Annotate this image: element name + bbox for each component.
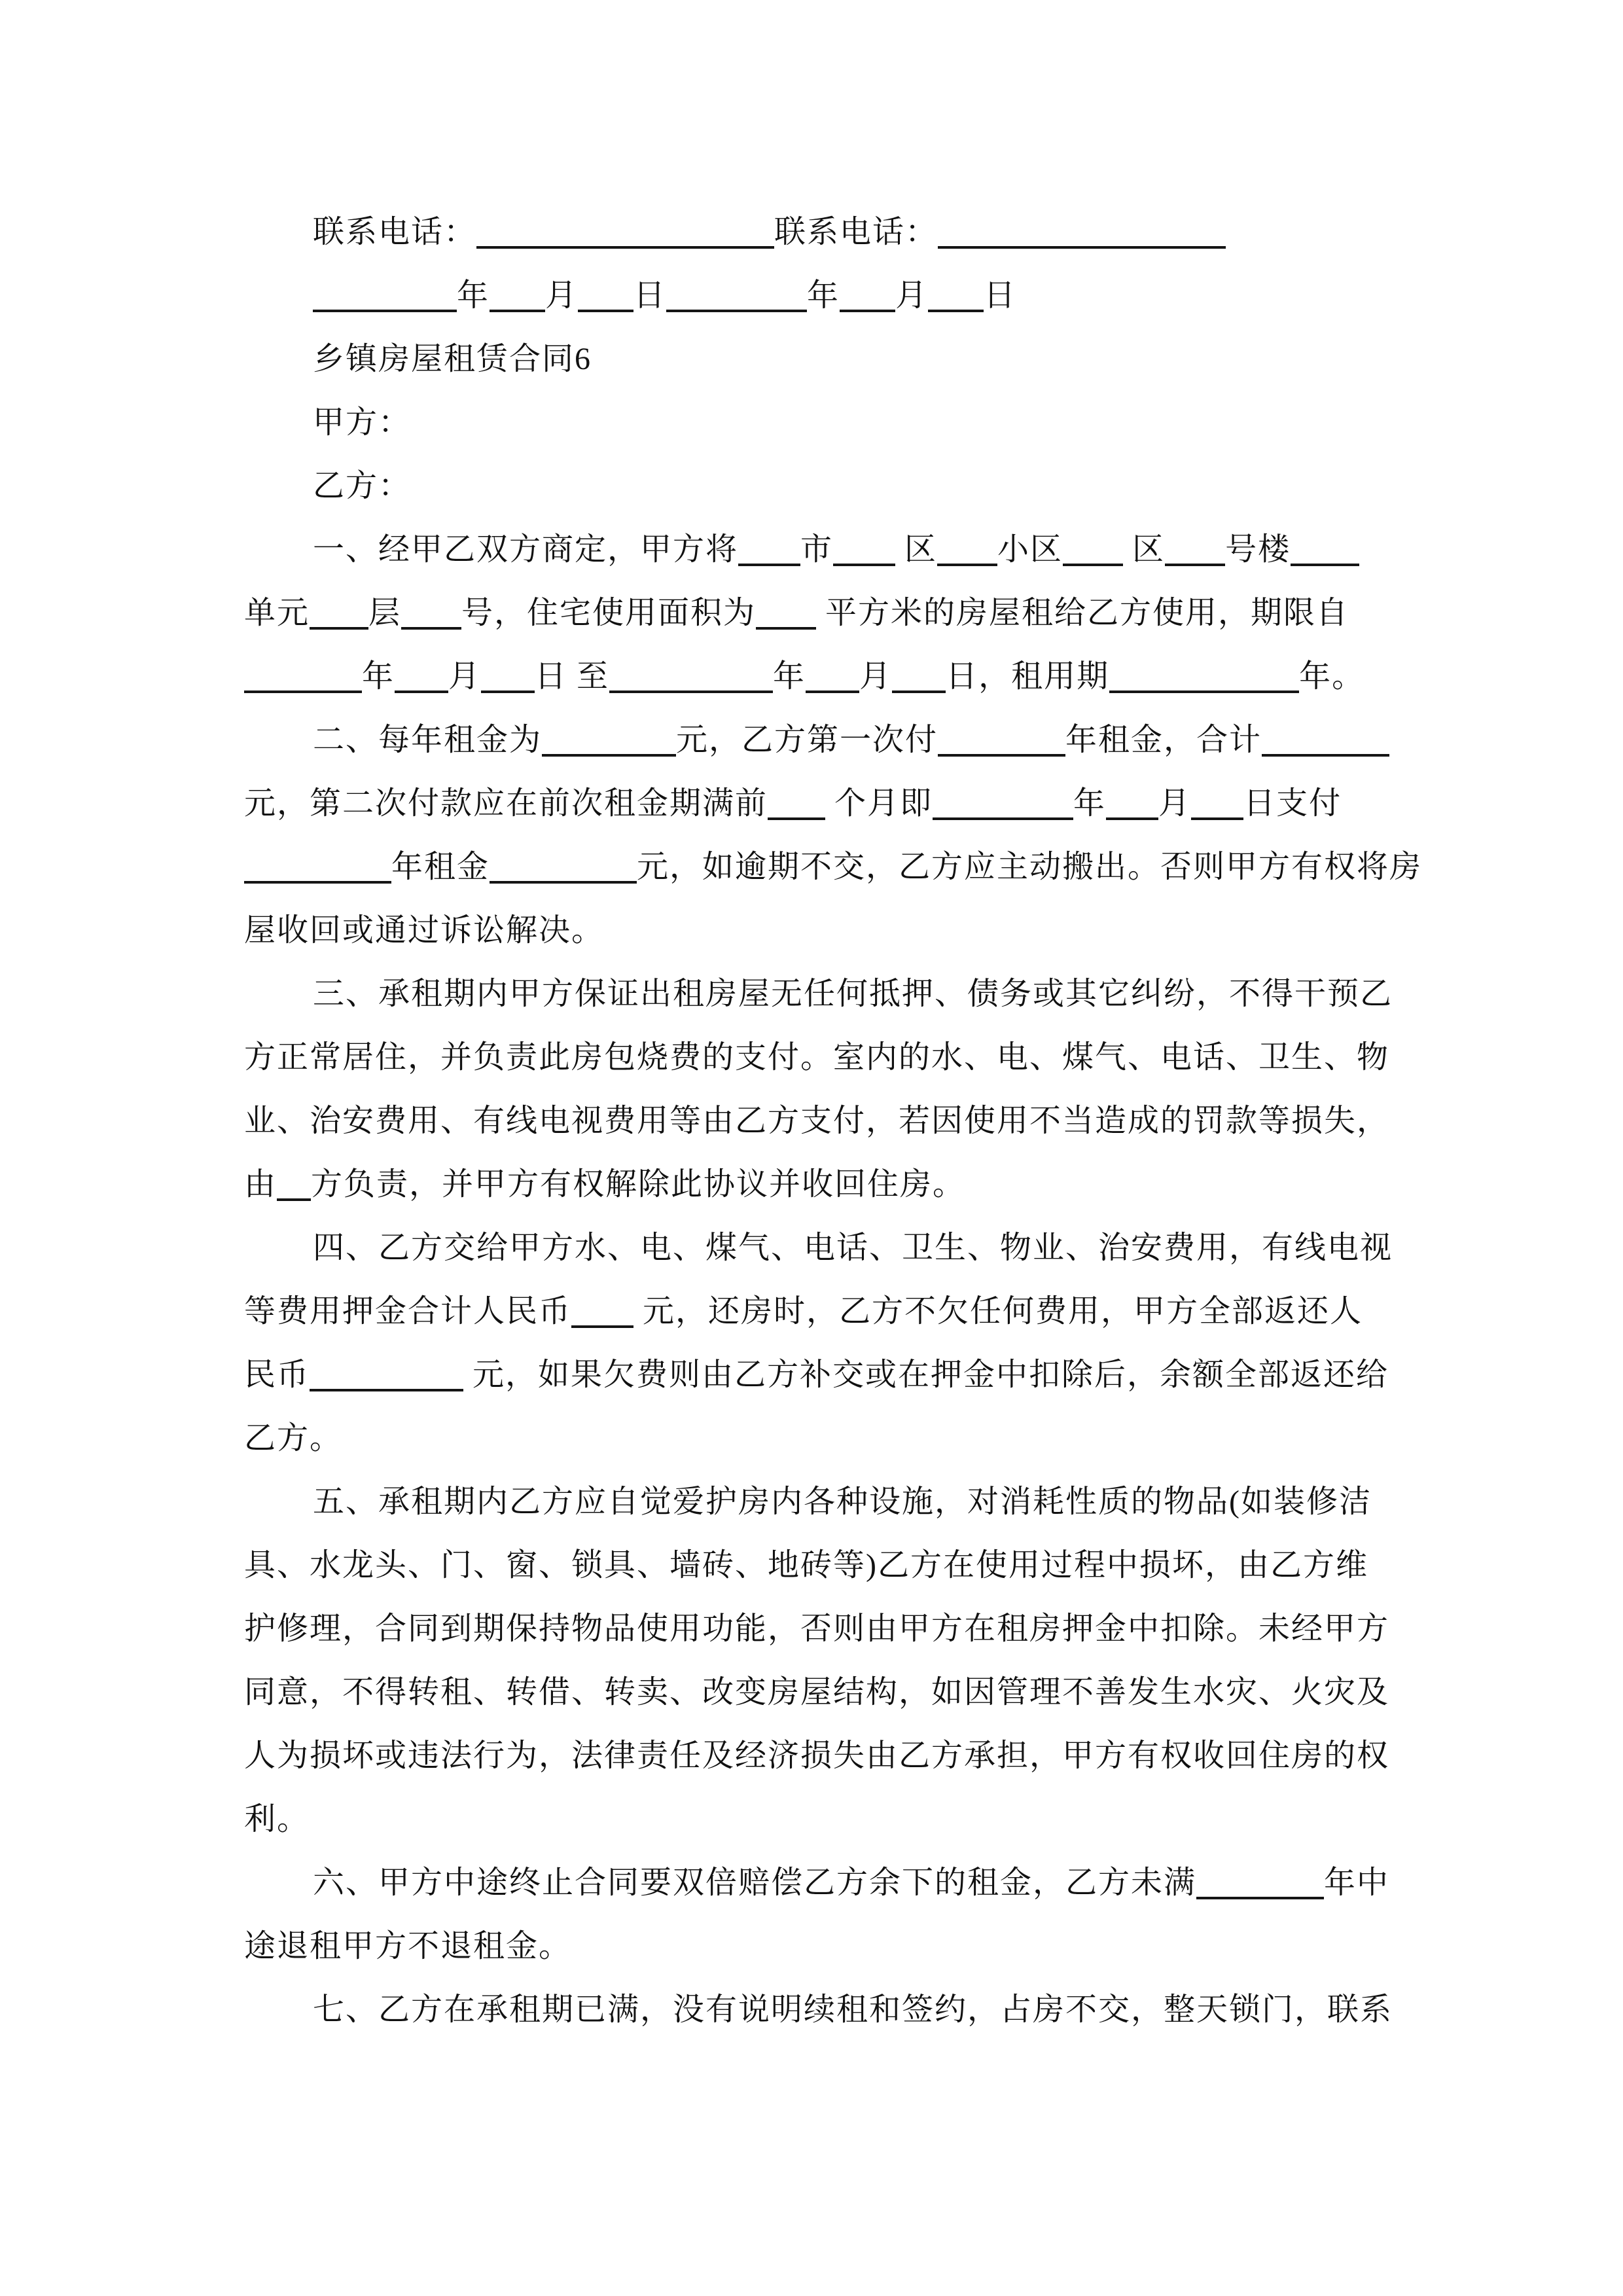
text-run: 区 — [895, 532, 937, 567]
blank-underline — [938, 730, 1065, 757]
text-run: 五、承租期内乙方应自觉爱护房内各种设施，对消耗性质的物品(如装修洁 — [313, 1484, 1372, 1519]
text-line: 由方负责，并甲方有权解除此协议并收回住房。 — [244, 1153, 1396, 1216]
text-line: 民币 元，如果欠费则由乙方补交或在押金中扣除后，余额全部返还给 — [244, 1343, 1396, 1407]
blank-underline — [1291, 540, 1359, 566]
text-run: 方负责，并甲方有权解除此协议并收回住房。 — [311, 1167, 965, 1202]
text-line: 六、甲方中途终止合同要双倍赔偿乙方余下的租金，乙方未满年中 — [244, 1851, 1396, 1914]
text-run: 由 — [244, 1167, 277, 1202]
text-run: 市 — [800, 532, 833, 567]
blank-underline — [738, 540, 800, 566]
text-run: 月 — [859, 659, 892, 694]
text-line: 三、承租期内甲方保证出租房屋无任何抵押、债务或其它纠纷，不得干预乙 — [244, 962, 1396, 1026]
blank-underline — [892, 667, 946, 693]
document-page: 联系电话：联系电话：年月日年月日乡镇房屋租赁合同6甲方：乙方：一、经甲乙双方商定… — [0, 0, 1623, 2296]
blank-underline — [933, 794, 1073, 820]
text-run: 年 — [457, 278, 490, 313]
text-run: 利。 — [244, 1802, 310, 1837]
text-line: 途退租甲方不退租金。 — [244, 1914, 1396, 1978]
text-run: 屋收回或通过诉讼解决。 — [244, 913, 604, 948]
blank-underline — [571, 1302, 633, 1328]
text-line: 具、水龙头、门、窗、锁具、墙砖、地砖等)乙方在使用过程中损坏，由乙方维 — [244, 1534, 1396, 1597]
text-run: 年 — [773, 659, 806, 694]
text-run: 元，如逾期不交，乙方应主动搬出。否则甲方有权将房 — [637, 850, 1422, 884]
blank-underline — [277, 1175, 311, 1201]
text-run: 区 — [1123, 532, 1165, 567]
blank-underline — [310, 603, 368, 630]
text-line: 方正常居住，并负责此房包烧费的支付。室内的水、电、煤气、电话、卫生、物 — [244, 1026, 1396, 1089]
blank-underline — [1262, 730, 1389, 757]
blank-underline — [542, 730, 676, 757]
text-line: 年月日 至年月日，租用期年。 — [244, 645, 1396, 708]
text-run: 民币 — [244, 1357, 310, 1392]
text-run: 号楼 — [1225, 532, 1291, 567]
text-line: 乙方。 — [244, 1407, 1396, 1470]
text-line: 乙方： — [244, 454, 1396, 518]
blank-underline — [490, 286, 545, 312]
blank-underline — [1191, 794, 1243, 820]
text-run: 单元 — [244, 596, 310, 630]
text-run: 乙方： — [313, 469, 411, 503]
text-run: 元，第二次付款应在前次租金期满前 — [244, 786, 768, 821]
blank-underline — [806, 667, 859, 693]
text-run: 小区 — [997, 532, 1063, 567]
blank-underline — [244, 857, 391, 884]
blank-underline — [756, 603, 816, 630]
text-run: 月 — [1158, 786, 1191, 821]
text-run: 月 — [895, 278, 928, 313]
blank-underline — [928, 286, 984, 312]
blank-underline — [395, 667, 448, 693]
text-run: 元，还房时，乙方不欠任何费用，甲方全部返还人 — [633, 1294, 1363, 1329]
blank-underline — [578, 286, 633, 312]
text-line: 等费用押金合计人民币 元，还房时，乙方不欠任何费用，甲方全部返还人 — [244, 1280, 1396, 1343]
text-line: 一、经甲乙双方商定，甲方将市 区小区 区号楼 — [244, 518, 1396, 581]
text-run: 年租金，合计 — [1065, 723, 1262, 757]
text-run: 七、乙方在承租期已满，没有说明续租和签约，占房不交，整天锁门，联系 — [313, 1992, 1393, 2027]
text-run: 元，如果欠费则由乙方补交或在押金中扣除后，余额全部返还给 — [463, 1357, 1389, 1392]
text-run: 乡镇房屋租赁合同6 — [313, 342, 592, 376]
text-run: 一、经甲乙双方商定，甲方将 — [313, 532, 738, 567]
text-line: 利。 — [244, 1787, 1396, 1851]
document-body: 联系电话：联系电话：年月日年月日乡镇房屋租赁合同6甲方：乙方：一、经甲乙双方商定… — [244, 200, 1396, 2041]
text-run: 同意，不得转租、转借、转卖、改变房屋结构，如因管理不善发生水灾、火灾及 — [244, 1675, 1389, 1710]
text-run: 年 — [362, 659, 395, 694]
text-line: 业、治安费用、有线电视费用等由乙方支付，若因使用不当造成的罚款等损失， — [244, 1089, 1396, 1153]
text-line: 单元层号，住宅使用面积为 平方米的房屋租给乙方使用，期限自 — [244, 581, 1396, 645]
text-line: 人为损坏或违法行为，法律责任及经济损失由乙方承担，甲方有权收回住房的权 — [244, 1724, 1396, 1787]
text-line: 甲方： — [244, 391, 1396, 454]
text-run: 平方米的房屋租给乙方使用，期限自 — [816, 596, 1349, 630]
text-run: 年中 — [1324, 1865, 1389, 1900]
text-run: 年 — [807, 278, 840, 313]
blank-underline — [313, 286, 457, 312]
text-line: 屋收回或通过诉讼解决。 — [244, 899, 1396, 962]
blank-underline — [1063, 540, 1123, 566]
text-run: 六、甲方中途终止合同要双倍赔偿乙方余下的租金，乙方未满 — [313, 1865, 1196, 1900]
text-line: 元，第二次付款应在前次租金期满前 个月即年月日支付 — [244, 772, 1396, 835]
text-run: 人为损坏或违法行为，法律责任及经济损失由乙方承担，甲方有权收回住房的权 — [244, 1738, 1389, 1773]
text-run: 个月即 — [825, 786, 933, 821]
text-run: 途退租甲方不退租金。 — [244, 1929, 571, 1964]
blank-underline — [938, 223, 1226, 249]
text-run: 三、承租期内甲方保证出租房屋无任何抵押、债务或其它纠纷，不得干预乙 — [313, 977, 1393, 1011]
text-run: 日 至 — [535, 659, 609, 694]
text-run: 方正常居住，并负责此房包烧费的支付。室内的水、电、煤气、电话、卫生、物 — [244, 1040, 1389, 1075]
blank-underline — [840, 286, 895, 312]
blank-underline — [481, 667, 535, 693]
text-run: 日支付 — [1243, 786, 1342, 821]
text-run: 日 — [633, 278, 666, 313]
blank-underline — [310, 1365, 463, 1391]
blank-underline — [609, 667, 773, 693]
text-line: 护修理，合同到期保持物品使用功能，否则由甲方在租房押金中扣除。未经甲方 — [244, 1597, 1396, 1660]
text-run: 元，乙方第一次付 — [676, 723, 938, 757]
blank-underline — [1165, 540, 1225, 566]
text-line: 年租金元，如逾期不交，乙方应主动搬出。否则甲方有权将房 — [244, 835, 1396, 899]
blank-underline — [1109, 667, 1299, 693]
text-run: 联系电话： — [313, 215, 476, 249]
text-run: 业、治安费用、有线电视费用等由乙方支付，若因使用不当造成的罚款等损失， — [244, 1103, 1389, 1138]
blank-underline — [490, 857, 637, 884]
blank-underline — [666, 286, 807, 312]
text-line: 五、承租期内乙方应自觉爱护房内各种设施，对消耗性质的物品(如装修洁 — [244, 1470, 1396, 1534]
blank-underline — [476, 223, 774, 249]
text-run: 号，住宅使用面积为 — [461, 596, 756, 630]
text-run: 年租金 — [391, 850, 490, 884]
text-run: 年 — [1073, 786, 1106, 821]
text-run: 层 — [368, 596, 401, 630]
text-run: 日，租用期 — [946, 659, 1109, 694]
text-line: 联系电话：联系电话： — [244, 200, 1396, 264]
text-line: 二、每年租金为元，乙方第一次付年租金，合计 — [244, 708, 1396, 772]
blank-underline — [833, 540, 895, 566]
text-run: 日 — [984, 278, 1016, 313]
text-line: 乡镇房屋租赁合同6 — [244, 327, 1396, 391]
text-line: 同意，不得转租、转借、转卖、改变房屋结构，如因管理不善发生水灾、火灾及 — [244, 1660, 1396, 1724]
blank-underline — [1106, 794, 1158, 820]
text-run: 乙方。 — [244, 1421, 342, 1456]
blank-underline — [244, 667, 362, 693]
text-run: 具、水龙头、门、窗、锁具、墙砖、地砖等)乙方在使用过程中损坏，由乙方维 — [244, 1548, 1368, 1583]
blank-underline — [768, 794, 825, 820]
blank-underline — [401, 603, 461, 630]
text-run: 年。 — [1299, 659, 1364, 694]
text-run: 月 — [448, 659, 481, 694]
text-line: 年月日年月日 — [244, 264, 1396, 327]
text-run: 等费用押金合计人民币 — [244, 1294, 571, 1329]
blank-underline — [1196, 1873, 1324, 1899]
text-run: 甲方： — [313, 405, 411, 440]
text-run: 四、乙方交给甲方水、电、煤气、电话、卫生、物业、治安费用，有线电视 — [313, 1230, 1393, 1265]
text-line: 七、乙方在承租期已满，没有说明续租和签约，占房不交，整天锁门，联系 — [244, 1978, 1396, 2041]
text-run: 联系电话： — [774, 215, 938, 249]
text-run: 月 — [545, 278, 578, 313]
blank-underline — [937, 540, 997, 566]
text-line: 四、乙方交给甲方水、电、煤气、电话、卫生、物业、治安费用，有线电视 — [244, 1216, 1396, 1280]
text-run: 二、每年租金为 — [313, 723, 542, 757]
text-run: 护修理，合同到期保持物品使用功能，否则由甲方在租房押金中扣除。未经甲方 — [244, 1611, 1389, 1646]
